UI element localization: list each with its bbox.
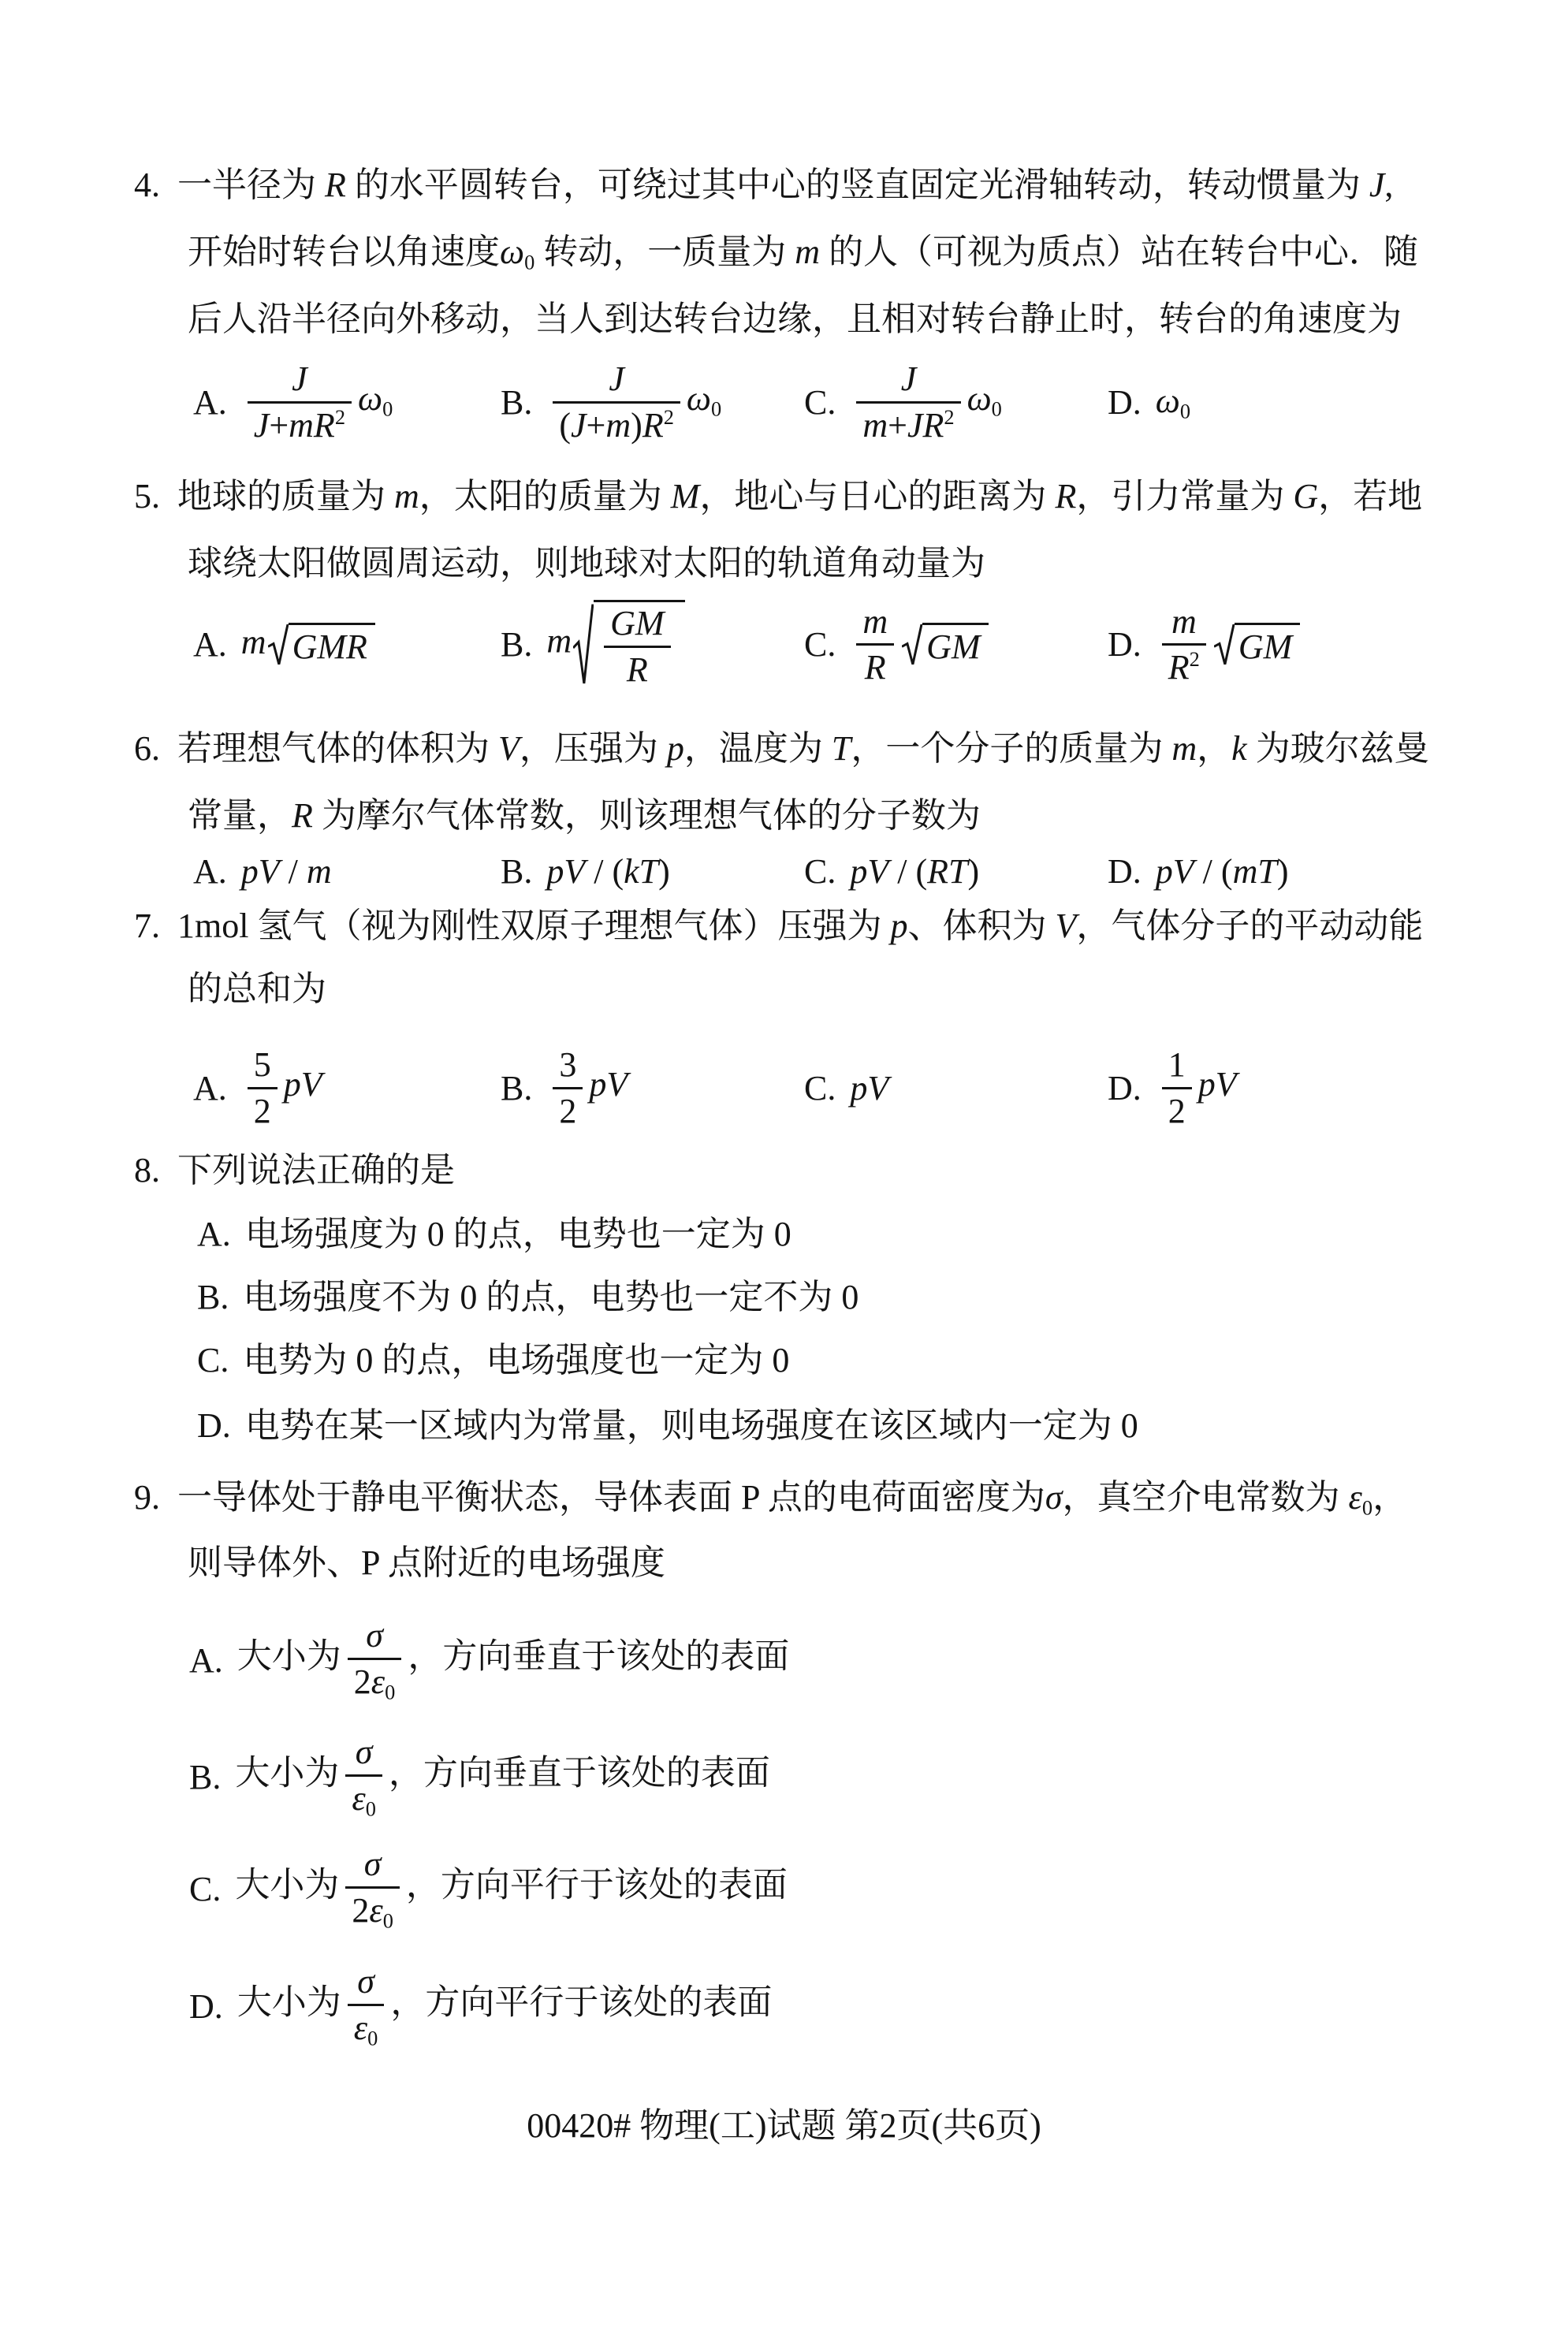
option-d-label: D. (1108, 624, 1142, 665)
option-a-label: A. (197, 1215, 231, 1253)
question-4-text: 一半径为 R 的水平圆转台，可绕过其中心的竖直固定光滑轴转动，转动惯量为 J, (177, 166, 1393, 204)
option-b-formula: J(J+m)R2ω0 (546, 359, 721, 445)
option-a-label: A. (193, 382, 227, 423)
option-b-label: B. (501, 624, 532, 665)
option-d-label: D. (1108, 1068, 1142, 1108)
option-a-formula: mGMR (241, 622, 377, 668)
question-5-option-a: A.mGMR (193, 587, 377, 702)
question-9-text: 一导体处于静电平衡状态，导体表面 P 点的电荷面密度为σ，真空介电常数为 ε0， (177, 1478, 1407, 1517)
question-8-line-1: 8.下列说法正确的是 (134, 1147, 455, 1194)
option-d-label: D. (1108, 851, 1142, 892)
option-d-label: D. (197, 1406, 231, 1445)
option-b-label: B. (501, 1068, 532, 1108)
option-c-label: C. (804, 1068, 836, 1108)
option-c-formula: mRGM (850, 602, 989, 687)
question-4-option-c: C.Jm+JR2ω0 (804, 351, 1002, 453)
option-d-label: D. (189, 1986, 223, 2027)
question-6-options: A.pV / m B.pV / (kT) C.pV / (RT) D.pV / … (0, 847, 1568, 895)
question-8-text: 下列说法正确的是 (177, 1151, 455, 1189)
question-4-line-2: 开始时转台以角速度ω0 转动，一质量为 m 的人（可视为质点）站在转台中心．随 (188, 229, 1418, 285)
option-a-label: A. (193, 851, 227, 892)
option-b-label: B. (501, 382, 532, 423)
question-7-line-2: 的总和为 (188, 966, 326, 1013)
option-d-formula: ω0 (1156, 381, 1190, 423)
option-a-text: 电场强度为 0 的点，电势也一定为 0 (245, 1215, 791, 1253)
question-4-line-3: 后人沿半径向外移动，当人到达转台边缘，且相对转台静止时，转台的角速度为 (188, 296, 1402, 343)
option-c-label: C. (804, 624, 836, 665)
option-a-formula: 大小为σ2ε0，方向垂直于该处的表面 (237, 1616, 790, 1703)
question-5-line-2: 球绕太阳做圆周运动，则地球对太阳的轨道角动量为 (188, 540, 985, 587)
question-7-options: A.52pV B.32pV C.pV D.12pV (0, 1037, 1568, 1139)
option-b-label: B. (189, 1757, 221, 1797)
question-5-option-b: B.mGMR (501, 587, 687, 702)
question-4-option-d: D.ω0 (1108, 351, 1190, 453)
question-7-text: 1mol 氢气（视为刚性双原子理想气体）压强为 p、体积为 V，气体分子的平动动… (177, 907, 1423, 945)
question-8-option-c: C.电势为 0 的点，电场强度也一定为 0 (197, 1337, 789, 1384)
question-6-option-b: B.pV / (kT) (501, 847, 670, 895)
page-footer: 00420# 物理(工)试题 第2页(共6页) (0, 2097, 1568, 2147)
question-7-option-b: B.32pV (501, 1037, 628, 1139)
option-a-formula: pV / m (241, 851, 332, 892)
question-6-option-a: A.pV / m (193, 847, 332, 895)
option-c-formula: pV / (RT) (850, 851, 979, 892)
option-c-label: C. (197, 1341, 229, 1379)
option-a-formula: JJ+mR2ω0 (241, 359, 393, 445)
question-4-option-b: B.J(J+m)R2ω0 (501, 351, 721, 453)
option-d-formula: mR2GM (1156, 602, 1302, 687)
option-b-formula: mGMR (546, 600, 686, 689)
question-7-option-c: C.pV (804, 1037, 888, 1139)
option-c-formula: 大小为σ2ε0，方向平行于该处的表面 (235, 1845, 788, 1932)
question-4-line-1: 4.一半径为 R 的水平圆转台，可绕过其中心的竖直固定光滑轴转动，转动惯量为 J… (134, 162, 1393, 209)
question-9-line-2: 则导体外、P 点附近的电场强度 (188, 1539, 665, 1587)
option-a-label: A. (189, 1640, 223, 1681)
question-9-option-b: B.大小为σε0，方向垂直于该处的表面 (189, 1729, 770, 1824)
exam-page: 4.一半径为 R 的水平圆转台，可绕过其中心的竖直固定光滑轴转动，转动惯量为 J… (0, 0, 1568, 2338)
question-4-number: 4. (134, 162, 160, 209)
question-4-option-a: A.JJ+mR2ω0 (193, 351, 393, 453)
option-a-label: A. (193, 1068, 227, 1108)
question-5-option-c: C.mRGM (804, 587, 990, 702)
option-b-label: B. (197, 1278, 229, 1316)
question-6-number: 6. (134, 725, 160, 773)
question-5-text: 地球的质量为 m，太阳的质量为 M，地心与日心的距离为 R，引力常量为 G，若地 (177, 477, 1422, 516)
question-5-option-d: D.mR2GM (1108, 587, 1302, 702)
option-d-formula: 大小为σε0，方向平行于该处的表面 (237, 1962, 773, 2049)
question-8-option-b: B.电场强度不为 0 的点，电势也一定不为 0 (197, 1274, 858, 1321)
option-a-formula: 52pV (241, 1045, 322, 1130)
option-c-label: C. (804, 382, 836, 423)
question-6-line-1: 6.若理想气体的体积为 V，压强为 p，温度为 T，一个分子的质量为 m，k 为… (134, 725, 1429, 773)
question-8-option-d: D.电势在某一区域内为常量，则电场强度在该区域内一定为 0 (197, 1402, 1138, 1450)
option-c-text: 电势为 0 的点，电场强度也一定为 0 (243, 1341, 789, 1379)
option-b-label: B. (501, 851, 532, 892)
question-7-option-d: D.12pV (1108, 1037, 1237, 1139)
question-6-text: 若理想气体的体积为 V，压强为 p，温度为 T，一个分子的质量为 m，k 为玻尔… (177, 729, 1429, 768)
option-d-formula: pV / (mT) (1156, 851, 1289, 892)
question-6-line-2: 常量，R 为摩尔气体常数，则该理想气体的分子数为 (188, 792, 981, 840)
question-8-number: 8. (134, 1147, 160, 1194)
question-7-option-a: A.52pV (193, 1037, 322, 1139)
option-d-text: 电势在某一区域内为常量，则电场强度在该区域内一定为 0 (245, 1406, 1138, 1445)
option-c-label: C. (189, 1869, 221, 1909)
question-5-line-1: 5.地球的质量为 m，太阳的质量为 M，地心与日心的距离为 R，引力常量为 G，… (134, 473, 1422, 520)
question-8-option-a: A.电场强度为 0 的点，电势也一定为 0 (197, 1211, 791, 1258)
option-b-formula: 32pV (546, 1045, 628, 1130)
option-d-label: D. (1108, 382, 1142, 423)
option-c-formula: pV (850, 1068, 888, 1108)
option-c-label: C. (804, 851, 836, 892)
question-9-option-c: C.大小为σ2ε0，方向平行于该处的表面 (189, 1841, 788, 1936)
option-b-formula: 大小为σε0，方向垂直于该处的表面 (235, 1733, 770, 1820)
question-6-option-d: D.pV / (mT) (1108, 847, 1288, 895)
option-b-text: 电场强度不为 0 的点，电势也一定不为 0 (243, 1278, 858, 1316)
option-d-formula: 12pV (1156, 1045, 1237, 1130)
question-7-line-1: 7.1mol 氢气（视为刚性双原子理想气体）压强为 p、体积为 V，气体分子的平… (134, 903, 1423, 950)
question-9-option-d: D.大小为σε0，方向平行于该处的表面 (189, 1959, 772, 2053)
option-c-formula: Jm+JR2ω0 (850, 359, 1002, 445)
question-7-number: 7. (134, 903, 160, 950)
option-b-formula: pV / (kT) (546, 851, 669, 892)
question-5-options: A.mGMR B.mGMR C.mRGM D.mR2GM (0, 587, 1568, 702)
question-5-number: 5. (134, 473, 160, 520)
question-6-option-c: C.pV / (RT) (804, 847, 979, 895)
option-a-label: A. (193, 624, 227, 665)
question-4-options: A.JJ+mR2ω0 B.J(J+m)R2ω0 C.Jm+JR2ω0 D.ω0 (0, 351, 1568, 453)
question-9-number: 9. (134, 1474, 160, 1521)
question-9-line-1: 9.一导体处于静电平衡状态，导体表面 P 点的电荷面密度为σ，真空介电常数为 ε… (134, 1474, 1407, 1531)
question-9-option-a: A.大小为σ2ε0，方向垂直于该处的表面 (189, 1613, 789, 1707)
